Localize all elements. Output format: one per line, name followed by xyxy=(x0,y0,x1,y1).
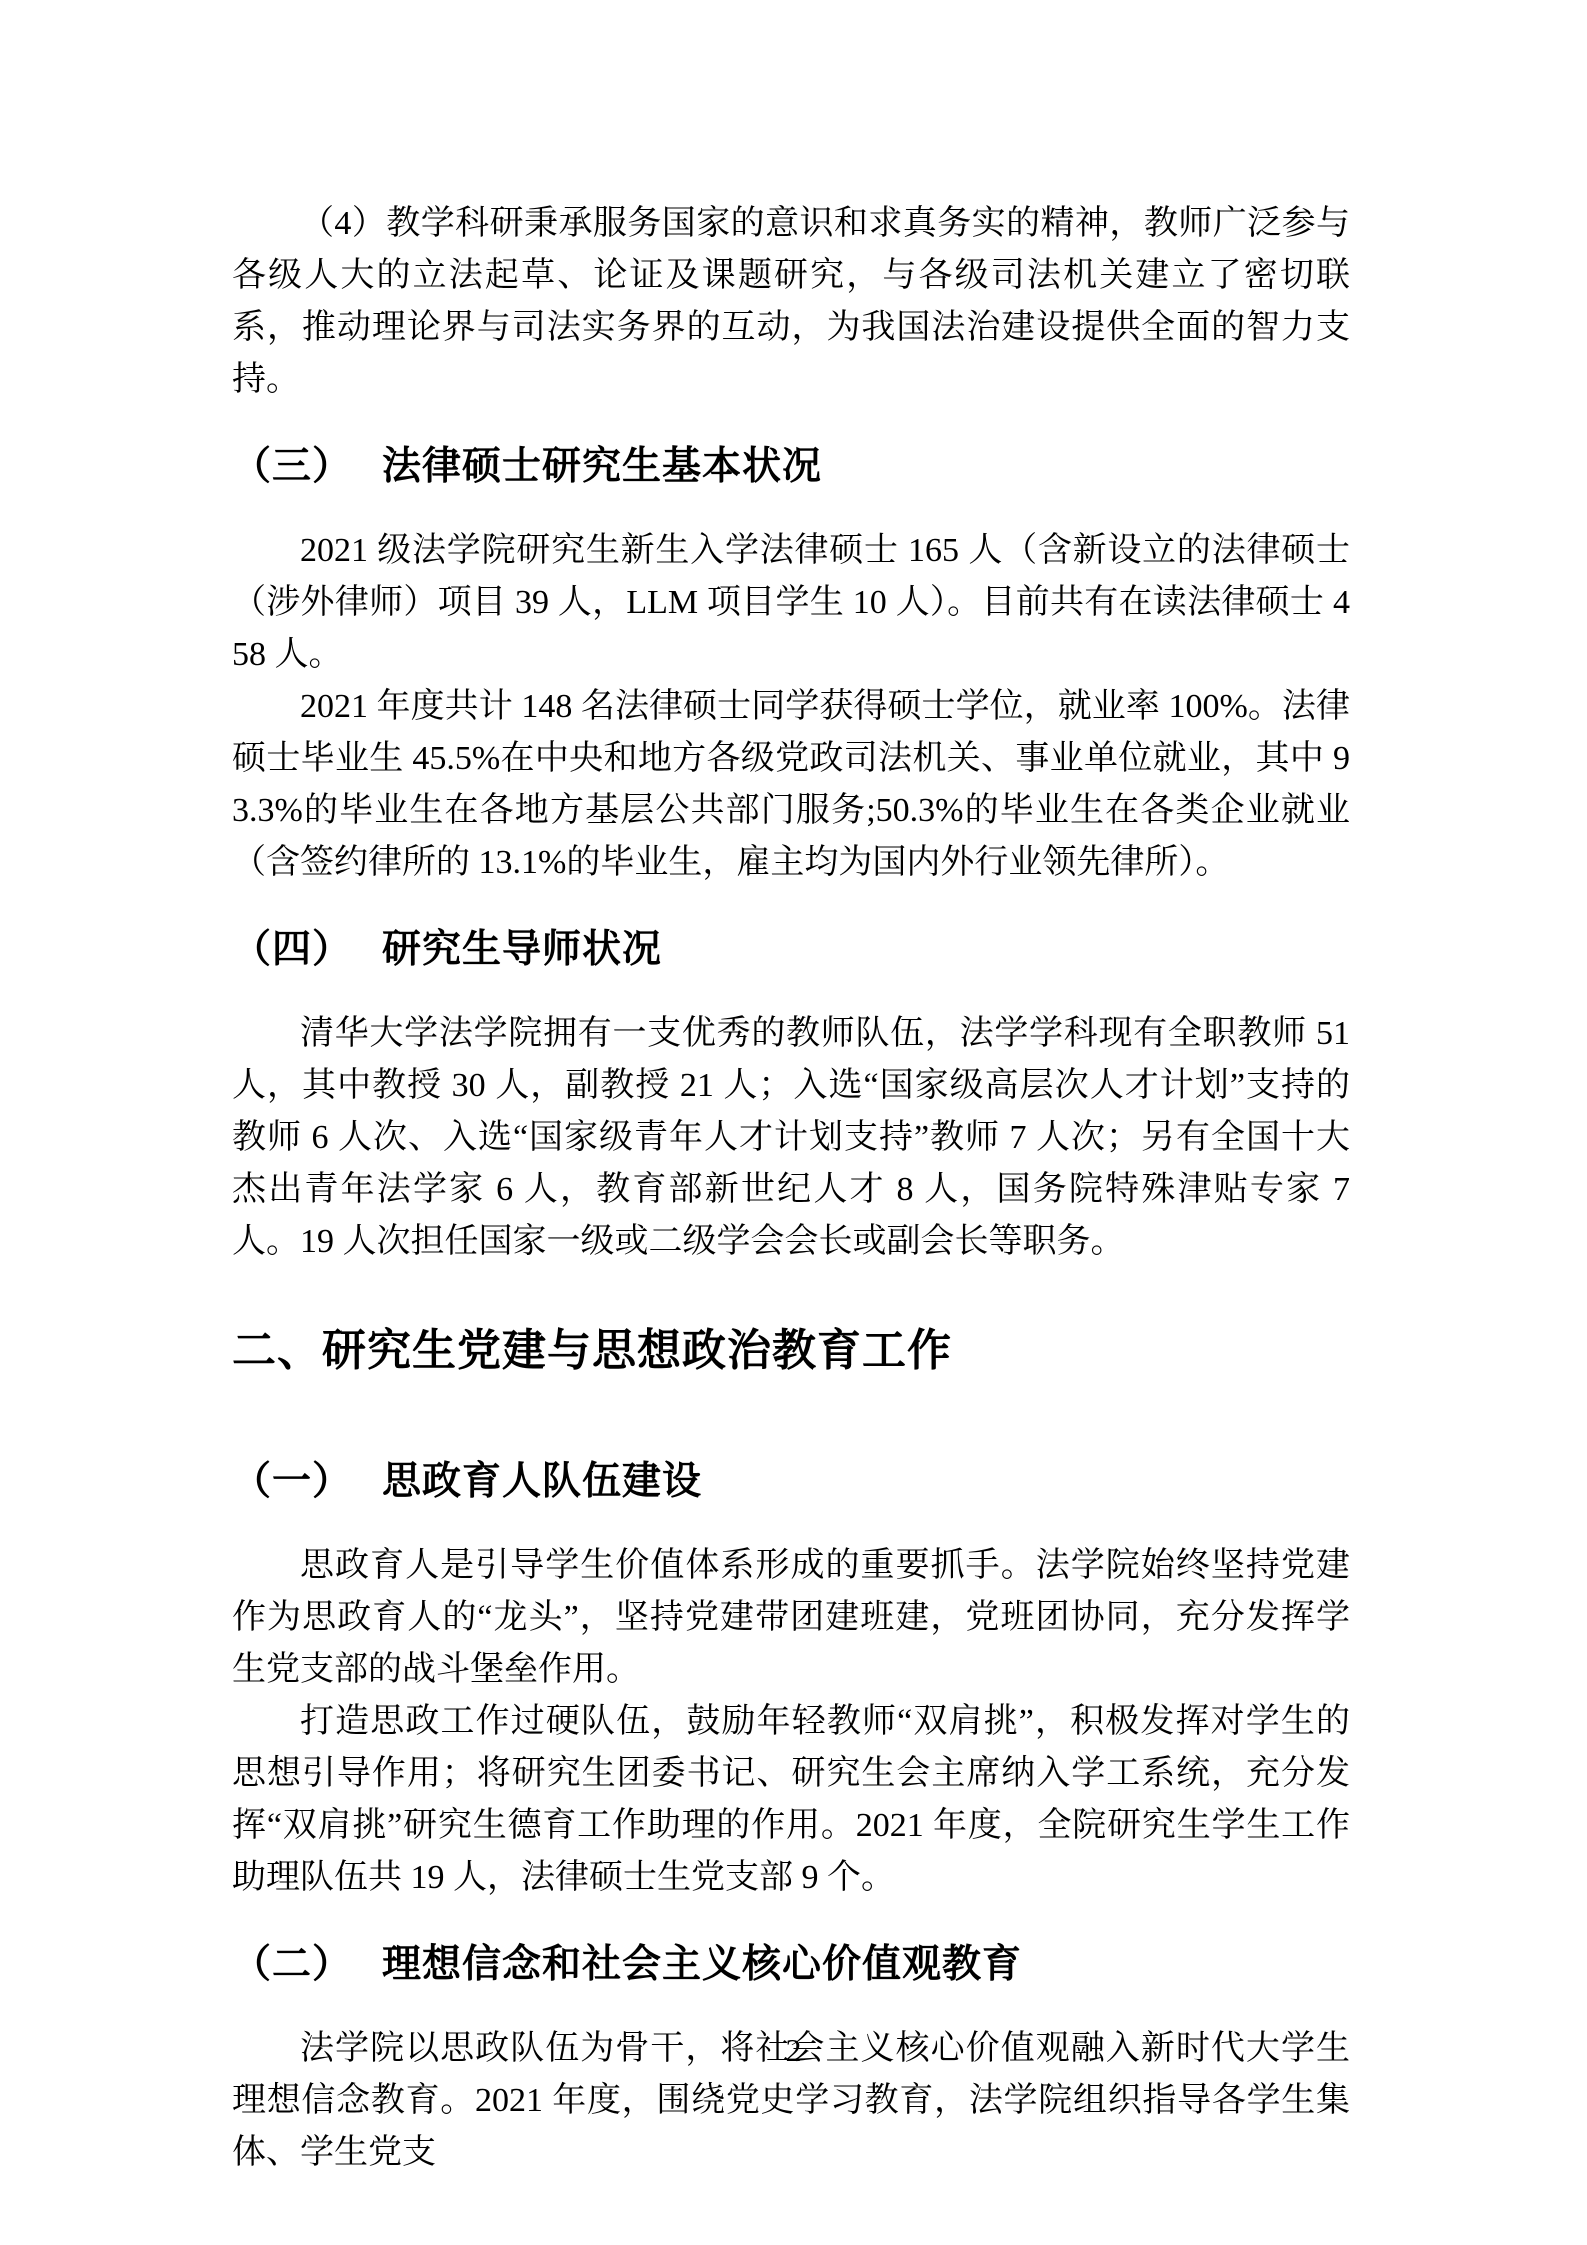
paragraph-ideological-education-2: 打造思政工作过硬队伍，鼓励年轻教师“双肩挑”，积极发挥对学生的思想引导作用；将研… xyxy=(232,1696,1350,1904)
heading-title: 思政育人队伍建设 xyxy=(382,1460,702,1503)
heading-number: （一） xyxy=(232,1460,352,1503)
page-number: 2 xyxy=(0,2030,1587,2070)
heading-chapter-party-building: 二、研究生党建与思想政治教育工作 xyxy=(232,1323,1350,1379)
document-content: （4）教学科研秉承服务国家的意识和求真务实的精神，教师广泛参与各级人大的立法起草… xyxy=(232,0,1350,2179)
heading-supervisor-status: （四）研究生导师状况 xyxy=(232,926,1350,974)
paragraph-enrollment-2021: 2021 级法学院研究生新生入学法律硕士 165 人（含新设立的法律硕士（涉外律… xyxy=(232,525,1350,681)
paragraph-ideological-education-1: 思政育人是引导学生价值体系形成的重要抓手。法学院始终坚持党建作为思政育人的“龙头… xyxy=(232,1540,1350,1696)
heading-number: （四） xyxy=(232,928,352,971)
paragraph-faculty: 清华大学法学院拥有一支优秀的教师队伍，法学学科现有全职教师 51 人，其中教授 … xyxy=(232,1008,1350,1268)
paragraph-employment-2021: 2021 年度共计 148 名法律硕士同学获得硕士学位，就业率 100%。法律硕… xyxy=(232,681,1350,889)
heading-law-master-status: （三）法律硕士研究生基本状况 xyxy=(232,443,1350,491)
heading-title: 研究生导师状况 xyxy=(382,928,662,971)
heading-title: 理想信念和社会主义核心价值观教育 xyxy=(382,1943,1022,1986)
heading-title: 法律硕士研究生基本状况 xyxy=(382,445,822,488)
heading-core-values: （二）理想信念和社会主义核心价值观教育 xyxy=(232,1941,1350,1989)
document-page: （4）教学科研秉承服务国家的意识和求真务实的精神，教师广泛参与各级人大的立法起草… xyxy=(0,0,1587,2245)
paragraph-teaching-research: （4）教学科研秉承服务国家的意识和求真务实的精神，教师广泛参与各级人大的立法起草… xyxy=(232,198,1350,406)
heading-number: （三） xyxy=(232,445,352,488)
heading-number: （二） xyxy=(232,1943,352,1986)
heading-ideological-team: （一）思政育人队伍建设 xyxy=(232,1458,1350,1506)
